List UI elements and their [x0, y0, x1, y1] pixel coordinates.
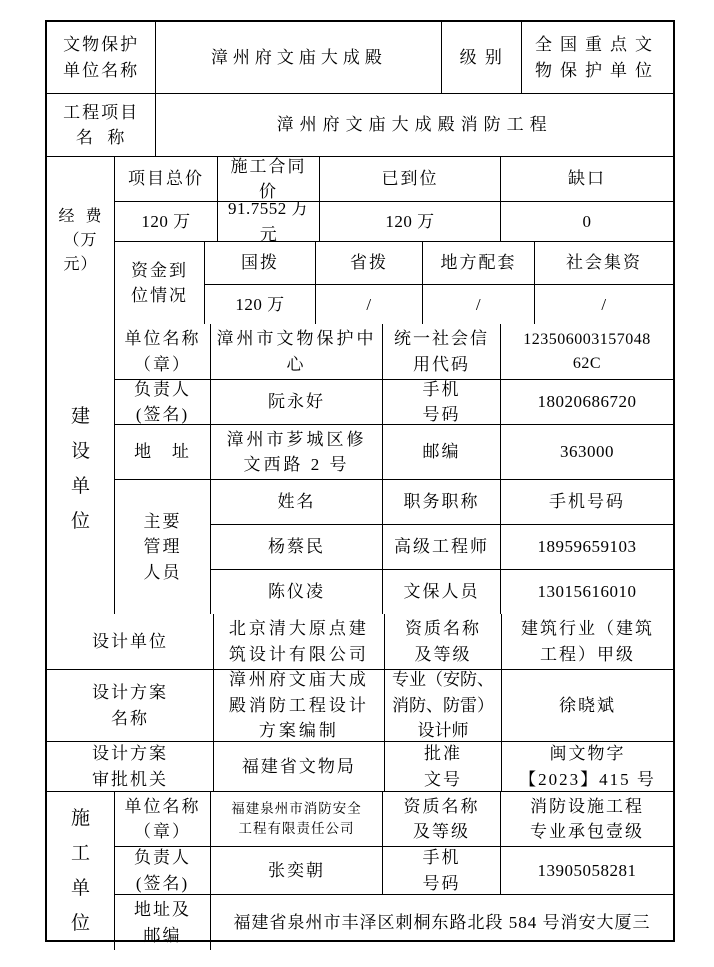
funding-gap-label: 缺口: [501, 157, 673, 202]
fund-national-label: 国拨: [205, 242, 316, 285]
fund-availability-header-row: 国拨 省拨 地方配套 社会集资: [205, 242, 673, 285]
project-name-value: 漳州府文庙大成殿消防工程: [156, 94, 673, 157]
funding-received-value: 120 万: [320, 202, 501, 242]
approval-row: 设计方案 审批机关 福建省文物局 批准 文号 闽文物字 【2023】415 号: [47, 742, 673, 792]
builder-unit-name-label: 单位名称 （章）: [115, 324, 211, 380]
approval-authority: 福建省文物局: [214, 742, 385, 792]
managers-header-row: 姓名 职务职称 手机号码: [211, 480, 673, 525]
manager-row: 杨蔡民 高级工程师 18959659103: [211, 525, 673, 570]
constructor-address-value: 福建省泉州市丰泽区刺桐东路北段 584 号消安大厦三: [211, 895, 673, 950]
manager-title: 文保人员: [383, 570, 501, 614]
manager-name: 杨蔡民: [211, 525, 383, 570]
design-plan-row: 设计方案 名称 漳州府文庙大成 殿消防工程设计 方案编制 专业（安防、 消防、防…: [47, 670, 673, 742]
builder-principal-row: 负责人 (签名) 阮永好 手机 号码 18020686720: [115, 380, 673, 425]
constructor-principal-row: 负责人 (签名) 张奕朝 手机 号码 13905058281: [115, 847, 673, 895]
builder-managers-block: 主要 管理 人员 姓名 职务职称 手机号码 杨蔡民 高级工程师 18959659…: [115, 480, 673, 614]
constructor-grid: 单位名称 （章） 福建泉州市消防安全 工程有限责任公司 资质名称 及等级 消防设…: [115, 792, 673, 950]
builder-managers-grid: 姓名 职务职称 手机号码 杨蔡民 高级工程师 18959659103 陈仪凌 文…: [211, 480, 673, 614]
constructor-address-label: 地址及 邮编: [115, 895, 211, 950]
funding-section: 经 费 （万元） 项目总价 施工合同价 已到位 缺口 120 万 91.7552…: [47, 157, 673, 324]
manager-phone: 13015616010: [501, 570, 673, 614]
fund-social-label: 社会集资: [535, 242, 673, 285]
funding-total-label: 项目总价: [115, 157, 218, 202]
constructor-mobile-label: 手机 号码: [383, 847, 501, 895]
design-plan-label: 设计方案 名称: [47, 670, 214, 742]
manager-phone-header: 手机号码: [501, 480, 673, 525]
designer-row: 设计单位 北京清大原点建 筑设计有限公司 资质名称 及等级 建筑行业（建筑 工程…: [47, 614, 673, 670]
fund-availability-grid: 国拨 省拨 地方配套 社会集资 120 万 / / /: [205, 242, 673, 324]
manager-name: 陈仪凌: [211, 570, 383, 614]
designer-qualification-label: 资质名称 及等级: [385, 614, 502, 670]
scanned-form-page: { "protection_unit": { "label": "文物保护\n单…: [0, 0, 714, 967]
constructor-qualification-label: 资质名称 及等级: [383, 792, 501, 847]
manager-row: 陈仪凌 文保人员 13015616010: [211, 570, 673, 614]
builder-credit-code-value: 123506003157048 62C: [501, 324, 673, 380]
approval-doc-label: 批准 文号: [385, 742, 502, 792]
funding-header-row: 项目总价 施工合同价 已到位 缺口: [115, 157, 673, 202]
builder-section: 建 设 单 位 单位名称 （章） 漳州市文物保护中 心 统一社会信 用代码 12…: [47, 324, 673, 614]
builder-unit-name-value: 漳州市文物保护中 心: [211, 324, 383, 380]
funding-section-label: 经 费 （万元）: [47, 157, 115, 324]
approval-label: 设计方案 审批机关: [47, 742, 214, 792]
manager-name-header: 姓名: [211, 480, 383, 525]
design-plan-designer-label: 专业（安防、 消防、防雷） 设计师: [385, 670, 502, 742]
funding-contract-value: 91.7552 万元: [218, 202, 320, 242]
builder-address-value: 漳州市芗城区修 文西路 2 号: [211, 425, 383, 480]
funding-contract-label: 施工合同价: [218, 157, 320, 202]
builder-address-label: 地 址: [115, 425, 211, 480]
designer-qualification-value: 建筑行业（建筑 工程）甲级: [502, 614, 673, 670]
funding-total-value: 120 万: [115, 202, 218, 242]
builder-principal-label: 负责人 (签名): [115, 380, 211, 425]
builder-postcode-value: 363000: [501, 425, 673, 480]
designer-company: 北京清大原点建 筑设计有限公司: [214, 614, 385, 670]
builder-credit-code-label: 统一社会信 用代码: [383, 324, 501, 380]
constructor-section-label: 施 工 单 位: [47, 792, 115, 950]
builder-managers-label: 主要 管理 人员: [115, 480, 211, 614]
protection-unit-row: 文物保护 单位名称 漳州府文庙大成殿 级 别 全国重点文 物保护单位: [47, 22, 673, 94]
project-name-row: 工程项目 名 称 漳州府文庙大成殿消防工程: [47, 94, 673, 157]
fund-provincial-value: /: [316, 285, 423, 324]
builder-grid: 单位名称 （章） 漳州市文物保护中 心 统一社会信 用代码 1235060031…: [115, 324, 673, 614]
fund-availability-block: 资金到 位情况 国拨 省拨 地方配套 社会集资 120 万 / / /: [115, 242, 673, 324]
designer-label: 设计单位: [47, 614, 214, 670]
builder-address-row: 地 址 漳州市芗城区修 文西路 2 号 邮编 363000: [115, 425, 673, 480]
level-value: 全国重点文 物保护单位: [522, 22, 673, 94]
fund-local-value: /: [423, 285, 535, 324]
builder-unit-name-row: 单位名称 （章） 漳州市文物保护中 心 统一社会信 用代码 1235060031…: [115, 324, 673, 380]
constructor-qualification-value: 消防设施工程 专业承包壹级: [501, 792, 673, 847]
project-approval-form-table: 文物保护 单位名称 漳州府文庙大成殿 级 别 全国重点文 物保护单位 工程项目 …: [45, 20, 675, 942]
level-label: 级 别: [442, 22, 522, 94]
design-plan-designer-name: 徐晓斌: [502, 670, 673, 742]
builder-mobile-label: 手机 号码: [383, 380, 501, 425]
fund-social-value: /: [535, 285, 673, 324]
funding-received-label: 已到位: [320, 157, 501, 202]
fund-local-label: 地方配套: [423, 242, 535, 285]
constructor-section: 施 工 单 位 单位名称 （章） 福建泉州市消防安全 工程有限责任公司 资质名称…: [47, 792, 673, 950]
constructor-unit-name-label: 单位名称 （章）: [115, 792, 211, 847]
protection-unit-name: 漳州府文庙大成殿: [156, 22, 442, 94]
funding-grid: 项目总价 施工合同价 已到位 缺口 120 万 91.7552 万元 120 万…: [115, 157, 673, 324]
manager-phone: 18959659103: [501, 525, 673, 570]
builder-postcode-label: 邮编: [383, 425, 501, 480]
funding-values-row: 120 万 91.7552 万元 120 万 0: [115, 202, 673, 242]
approval-doc-number: 闽文物字 【2023】415 号: [502, 742, 673, 792]
builder-mobile-value: 18020686720: [501, 380, 673, 425]
constructor-mobile-value: 13905058281: [501, 847, 673, 895]
constructor-unit-name-row: 单位名称 （章） 福建泉州市消防安全 工程有限责任公司 资质名称 及等级 消防设…: [115, 792, 673, 847]
fund-national-value: 120 万: [205, 285, 316, 324]
funding-gap-value: 0: [501, 202, 673, 242]
builder-section-label: 建 设 单 位: [47, 324, 115, 614]
fund-availability-label: 资金到 位情况: [115, 242, 205, 324]
protection-unit-label: 文物保护 单位名称: [47, 22, 156, 94]
constructor-unit-name-value: 福建泉州市消防安全 工程有限责任公司: [211, 792, 383, 847]
manager-title: 高级工程师: [383, 525, 501, 570]
constructor-principal-value: 张奕朝: [211, 847, 383, 895]
project-name-label: 工程项目 名 称: [47, 94, 156, 157]
constructor-principal-label: 负责人 (签名): [115, 847, 211, 895]
manager-title-header: 职务职称: [383, 480, 501, 525]
constructor-address-row: 地址及 邮编 福建省泉州市丰泽区刺桐东路北段 584 号消安大厦三: [115, 895, 673, 950]
design-plan-name: 漳州府文庙大成 殿消防工程设计 方案编制: [214, 670, 385, 742]
fund-provincial-label: 省拨: [316, 242, 423, 285]
builder-principal-value: 阮永好: [211, 380, 383, 425]
fund-availability-values-row: 120 万 / / /: [205, 285, 673, 324]
